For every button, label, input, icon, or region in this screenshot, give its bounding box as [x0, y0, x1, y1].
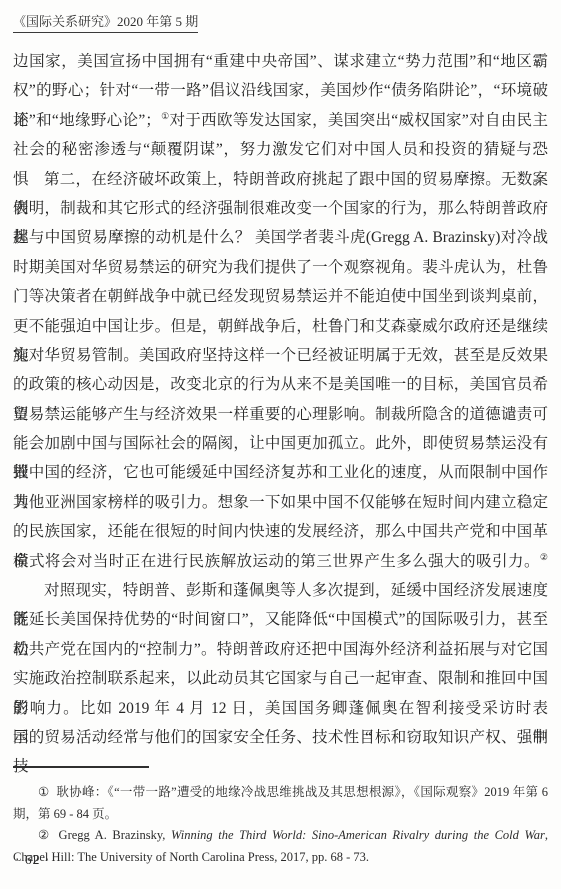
- text-line: 第二，在经济破坏政策上，特朗普政府挑起了跟中国的贸易摩擦。无数案例: [13, 165, 548, 194]
- text-line: 更不能强迫中国让步。但是，朝鲜战争后，杜鲁门和艾森豪威尔政府还是继续实: [13, 312, 548, 341]
- footnote-item-1: ①耿协峰：《“一带一路”遭受的地缘冷战思维挑战及其思想根源》，《国际观察》201…: [13, 782, 548, 825]
- text-line: 动共产党在国内的“控制力”。特朗普政府还把中国海外经济利益拓展与对它国: [13, 635, 548, 664]
- text-line: 论”和“地缘野心论”；①对于西欧等发达国家，美国突出“威权国家”对自由民主: [13, 106, 548, 135]
- footnote-separator: [13, 766, 149, 768]
- text-line: 权”的野心；针对“一带一路”倡议沿线国家，美国炒作“债务陷阱论”，“环境破坏: [13, 76, 548, 105]
- footnote-ref-1: ①: [161, 111, 170, 121]
- text-line: 社会的秘密渗透与“颠覆阴谋”，努力激发它们对中国人员和投资的猜疑与恐惧。: [13, 135, 548, 164]
- text-line: 影响力。比如 2019 年 4 月 12 日，美国国务卿蓬佩奥在智利接受采访时表…: [13, 694, 548, 723]
- footnote-ref-2: ②: [540, 551, 548, 561]
- text-line: 门等决策者在朝鲜战争中就已经发现贸易禁运并不能迫使中国坐到谈判桌前，: [13, 282, 548, 311]
- document-page: 《国际关系研究》2020 年第 5 期 边国家，美国宣扬中国拥有“重建中央帝国”…: [0, 0, 561, 889]
- footnote-marker-1: ①: [38, 785, 50, 799]
- text-line: 起与中国贸易摩擦的动机是什么？ 美国学者裴斗虎(Gregg A. Brazins…: [13, 223, 548, 252]
- text-line: 表明，制裁和其它形式的经济强制很难改变一个国家的行为，那么特朗普政府挑: [13, 194, 548, 223]
- footnote-list: ①耿协峰：《“一带一路”遭受的地缘冷战思维挑战及其思想根源》，《国际观察》201…: [13, 782, 548, 868]
- paragraph-3: 对照现实，特朗普、彭斯和蓬佩奥等人多次提到，延缓中国经济发展速度既能延长美国保持…: [13, 576, 548, 752]
- text-line: 贸易禁运能够产生与经济效果一样重要的心理影响。制裁所隐含的道德谴责可: [13, 400, 548, 429]
- page-number: · 62 ·: [15, 852, 50, 868]
- text-line: 的民族国家，还能在很短的时间内快速的发展经济，那么中国共产党和中国革命: [13, 517, 548, 546]
- footnote-text-1: 耿协峰：《“一带一路”遭受的地缘冷战思维挑战及其思想根源》，《国际观察》2019…: [13, 785, 548, 821]
- book-title: Winning the Third World: Sino-American R…: [171, 828, 545, 842]
- text-line: 施对华贸易管制。美国政府坚持这样一个已经被证明属于无效，甚至是反效果: [13, 341, 548, 370]
- paragraph-1: 边国家，美国宣扬中国拥有“重建中央帝国”、谋求建立“势力范围”和“地区霸权”的野…: [13, 47, 548, 165]
- text-line: 的政策的核心动因是，改变北京的行为从来不是美国唯一的目标，美国官员希望: [13, 370, 548, 399]
- text-line: 边国家，美国宣扬中国拥有“重建中央帝国”、谋求建立“势力范围”和“地区霸: [13, 47, 548, 76]
- footnote-text-2-prefix: Gregg A. Brazinsky,: [59, 828, 171, 842]
- paragraph-2: 第二，在经济破坏政策上，特朗普政府挑起了跟中国的贸易摩擦。无数案例表明，制裁和其…: [13, 165, 548, 576]
- text-line: 实施政治控制联系起来，以此动员其它国家与自己一起审查、限制和推回中国的: [13, 664, 548, 693]
- text-line: 时期美国对华贸易禁运的研究为我们提供了一个观察视角。裴斗虎认为，杜鲁: [13, 253, 548, 282]
- text-line: 模式将会对当时正在进行民族解放运动的第三世界产生多么强大的吸引力。②: [13, 547, 548, 576]
- body-text: 边国家，美国宣扬中国拥有“重建中央帝国”、谋求建立“势力范围”和“地区霸权”的野…: [13, 47, 548, 752]
- text-line: 其他亚洲国家榜样的吸引力。想象一下如果中国不仅能够在短时间内建立稳定: [13, 488, 548, 517]
- footnote-item-2: ②Gregg A. Brazinsky, Winning the Third W…: [13, 825, 548, 868]
- footnote-marker-2: ②: [38, 828, 52, 842]
- text-line: 能延长美国保持优势的“时间窗口”，又能降低“中国模式”的国际吸引力，甚至松: [13, 605, 548, 634]
- journal-header: 《国际关系研究》2020 年第 5 期: [13, 13, 198, 33]
- text-line: 国的贸易活动经常与他们的国家安全任务、技术性目标和窃取知识产权、强制技: [13, 723, 548, 752]
- text-line: 能会加剧中国与国际社会的隔阂，让中国更加孤立。此外，即使贸易禁运没有摧: [13, 429, 548, 458]
- text-line: 对照现实，特朗普、彭斯和蓬佩奥等人多次提到，延缓中国经济发展速度既: [13, 576, 548, 605]
- text-line: 毁中国的经济，它也可能缓延中国经济复苏和工业化的速度，从而限制中国作为: [13, 458, 548, 487]
